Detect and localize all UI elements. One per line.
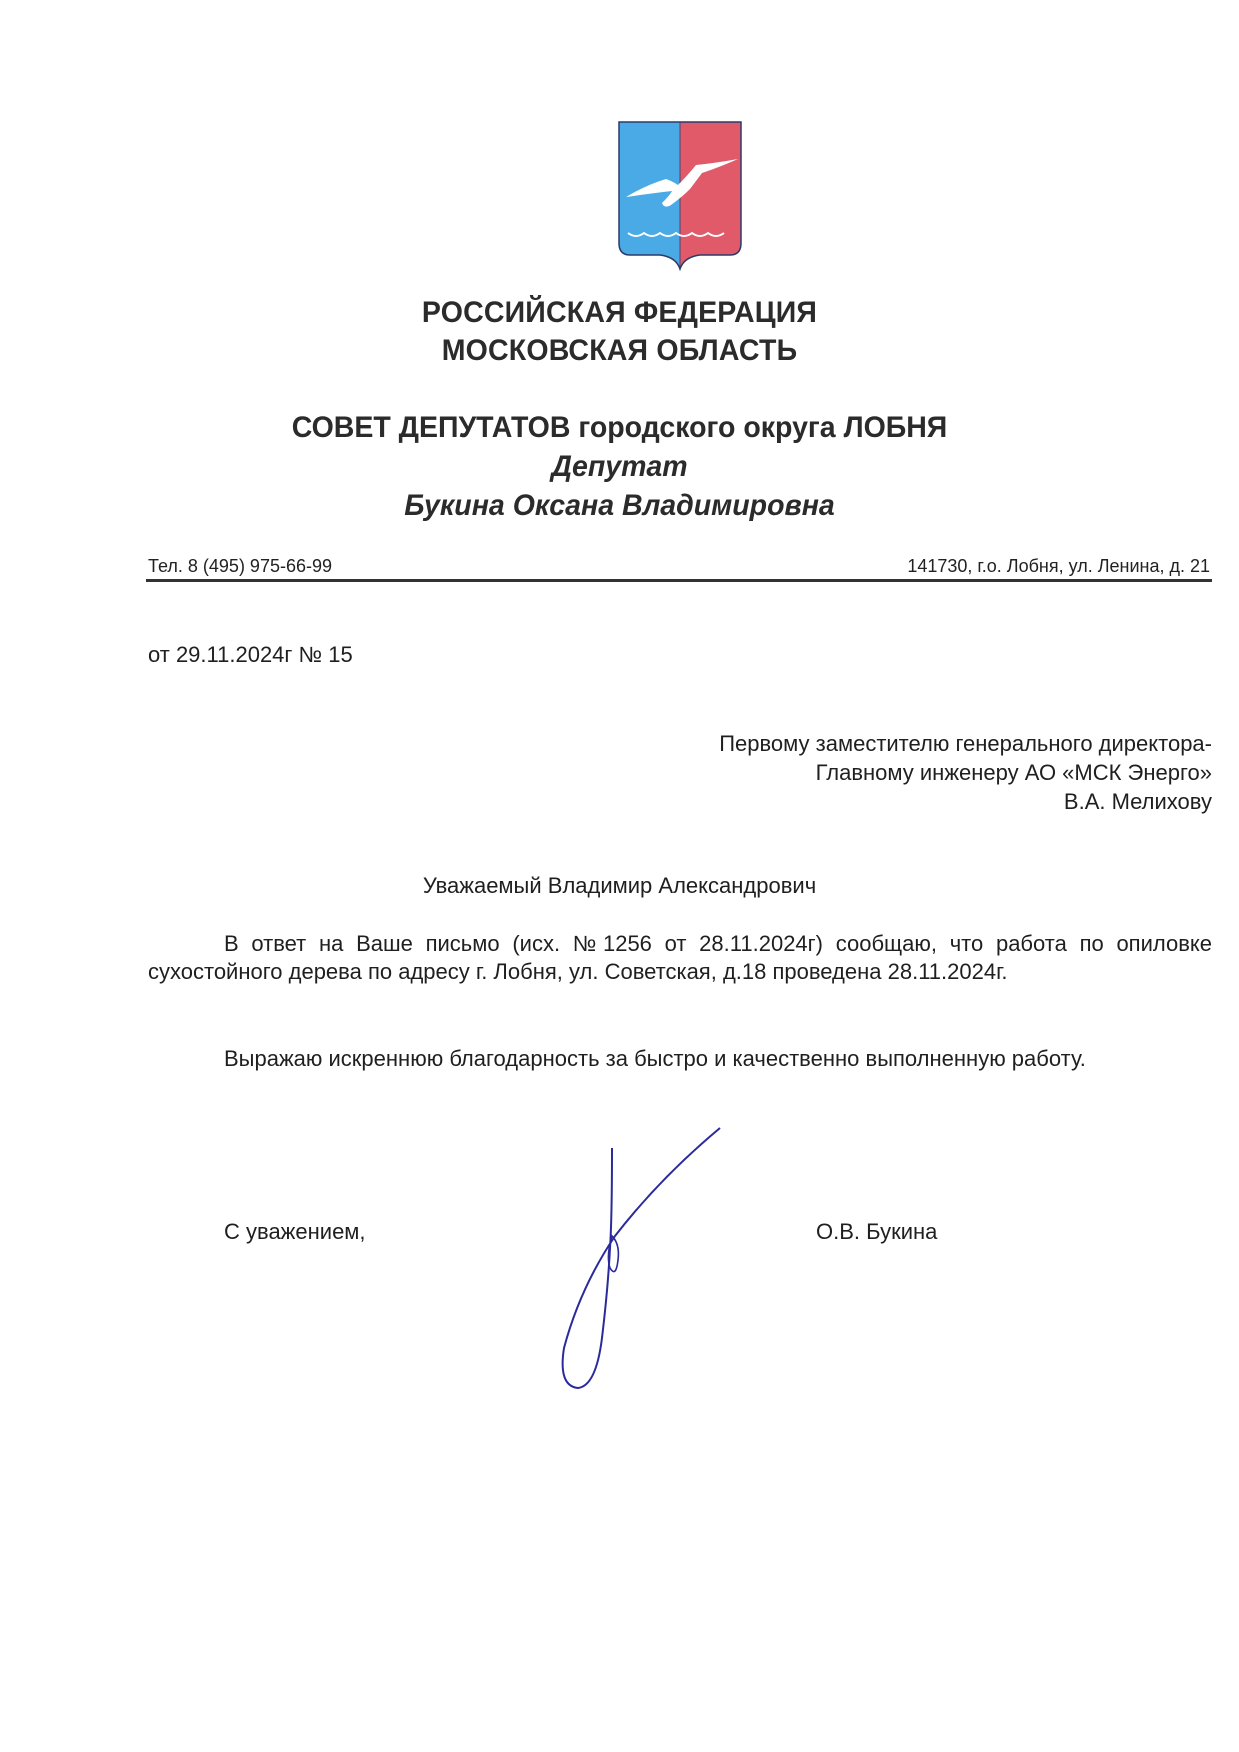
greeting: Уважаемый Владимир Александрович [0, 873, 1239, 899]
signatory-name: О.В. Букина [816, 1219, 937, 1245]
council-title: СОВЕТ ДЕПУТАТОВ [292, 411, 571, 444]
lobnya-coat-of-arms-icon [616, 119, 744, 273]
header-position: Депутат [31, 450, 1208, 484]
date-number: от 29.11.2024г № 15 [148, 642, 353, 668]
header-name: Букина Оксана Владимировна [31, 489, 1208, 523]
contact-line: Тел. 8 (495) 975-66-99 141730, г.о. Лобн… [148, 556, 1210, 577]
body-paragraph: В ответ на Ваше письмо (исх. №1256 от 28… [148, 930, 1212, 986]
header-divider [146, 579, 1212, 582]
handwritten-signature-icon [520, 1118, 740, 1398]
addressee-line: Первому заместителю генерального директо… [719, 729, 1212, 758]
address: 141730, г.о. Лобня, ул. Ленина, д. 21 [907, 556, 1210, 577]
addressee-block: Первому заместителю генерального директо… [719, 729, 1212, 816]
paragraph-text: В ответ на Ваше письмо (исх. №1256 от 28… [148, 930, 1212, 986]
addressee-line: Главному инженеру АО «МСК Энерго» [719, 758, 1212, 787]
council-city: ЛОБНЯ [844, 411, 948, 444]
body-paragraph: Выражаю искреннюю благодарность за быстр… [148, 1046, 1212, 1072]
header-region: МОСКОВСКАЯ ОБЛАСТЬ [31, 334, 1208, 368]
header-council: СОВЕТ ДЕПУТАТОВ городского округа ЛОБНЯ [31, 411, 1208, 445]
council-district: городского округа [570, 411, 843, 444]
signoff: С уважением, [224, 1219, 366, 1245]
addressee-line: В.А. Мелихову [719, 787, 1212, 816]
phone: Тел. 8 (495) 975-66-99 [148, 556, 332, 576]
header-country: РОССИЙСКАЯ ФЕДЕРАЦИЯ [31, 296, 1208, 330]
